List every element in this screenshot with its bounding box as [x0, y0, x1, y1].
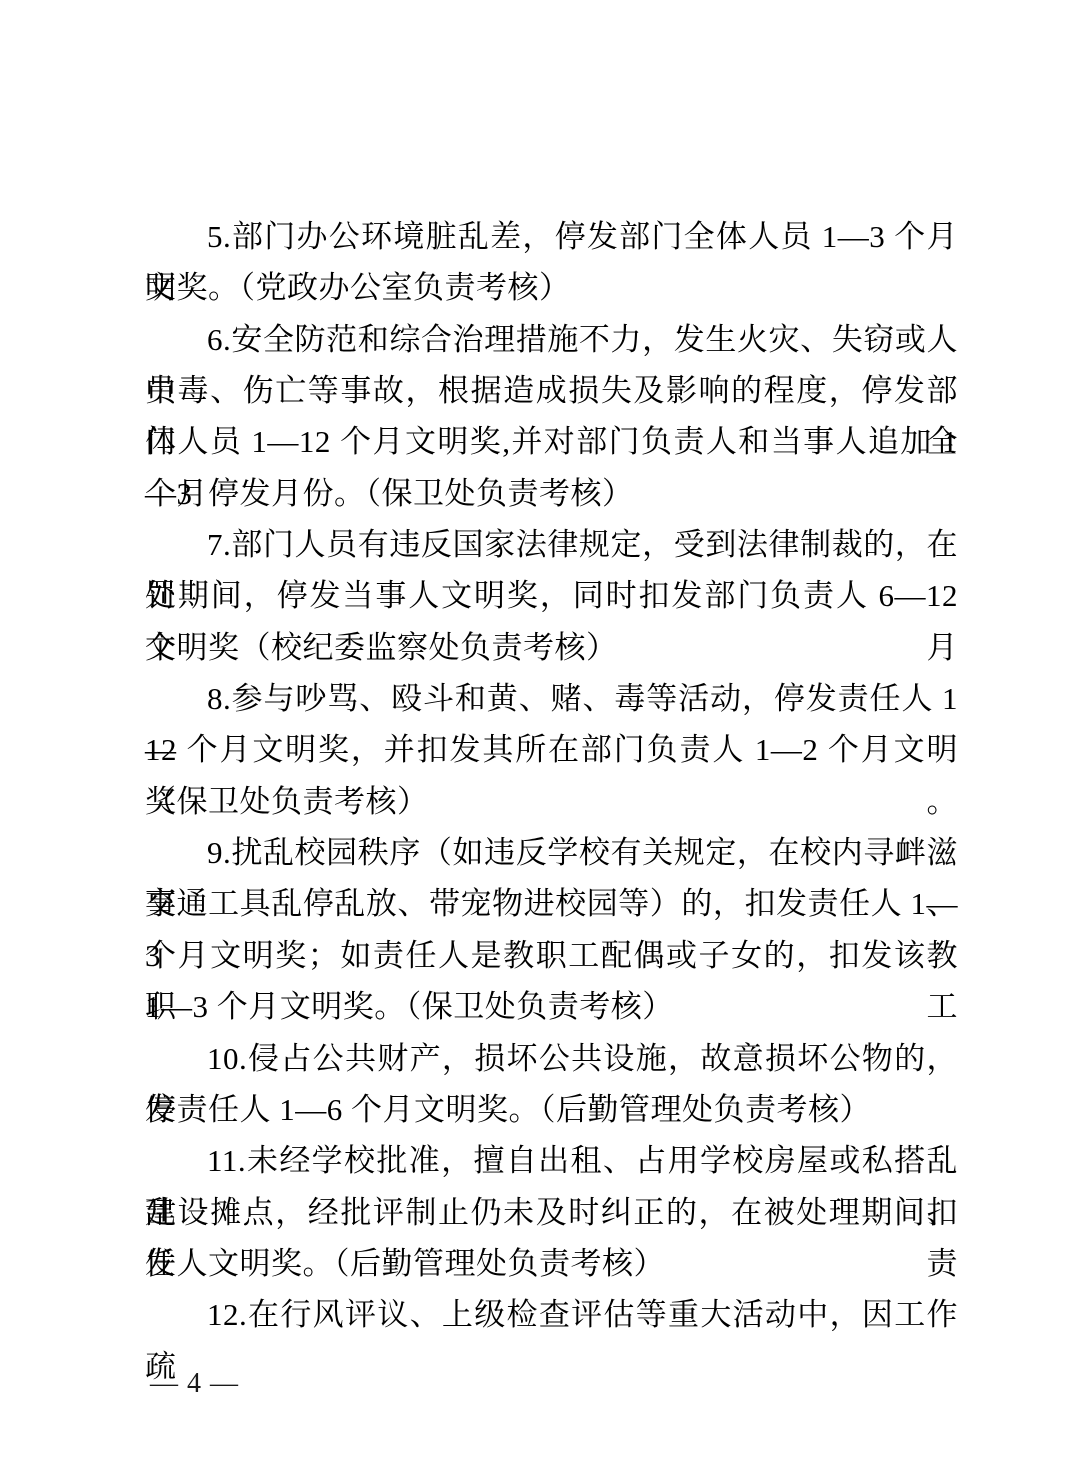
text-line: 8.参与吵骂、殴斗和黄、赌、毒等活动，停发责任人 1— [145, 673, 958, 724]
text-line: 9.扰乱校园秩序（如违反学校有关规定，在校内寻衅滋事、 [145, 827, 958, 878]
text-line: 12 个月文明奖，并扣发其所在部门负责人 1—2 个月文明奖。 [145, 724, 958, 775]
text-line: 中毒、伤亡等事故，根据造成损失及影响的程度，停发部门全 [145, 365, 958, 416]
document-page: 5.部门办公环境脏乱差，停发部门全体人员 1—3 个月文明奖。（党政办公室负责考… [0, 0, 1090, 1483]
text-line: 10.侵占公共财产，损坏公共设施，故意损坏公物的，停 [145, 1033, 958, 1084]
text-line: 5.部门办公环境脏乱差，停发部门全体人员 1—3 个月文 [145, 211, 958, 262]
text-line: 明奖。（党政办公室负责考核） [145, 262, 958, 313]
text-line: 个月停发月份。（保卫处负责考核） [145, 468, 958, 519]
text-line: 7.部门人员有违反国家法律规定，受到法律制裁的，在处 [145, 519, 958, 570]
text-line: 发责任人 1—6 个月文明奖。（后勤管理处负责考核） [145, 1084, 958, 1135]
text-line: 乱设摊点，经批评制止仍未及时纠正的，在被处理期间扣发责 [145, 1187, 958, 1238]
text-line: 交通工具乱停乱放、带宠物进校园等）的，扣发责任人 1—3 [145, 878, 958, 929]
text-line: 罚期间，停发当事人文明奖，同时扣发部门负责人 6—12 个月 [145, 570, 958, 621]
text-line: 11.未经学校批准，擅自出租、占用学校房屋或私搭乱建、 [145, 1135, 958, 1186]
page-number: — 4 — [150, 1367, 239, 1401]
text-line: 体人员 1—12 个月文明奖,并对部门负责人和当事人追加 1—3 [145, 416, 958, 467]
text-line: 个月文明奖；如责任人是教职工配偶或子女的，扣发该教职工 [145, 930, 958, 981]
text-line: 6.安全防范和综合治理措施不力，发生火灾、失窃或人员 [145, 314, 958, 365]
document-body: 5.部门办公环境脏乱差，停发部门全体人员 1—3 个月文明奖。（党政办公室负责考… [145, 211, 958, 1341]
text-line: 12.在行风评议、上级检查评估等重大活动中，因工作疏 [145, 1289, 958, 1340]
